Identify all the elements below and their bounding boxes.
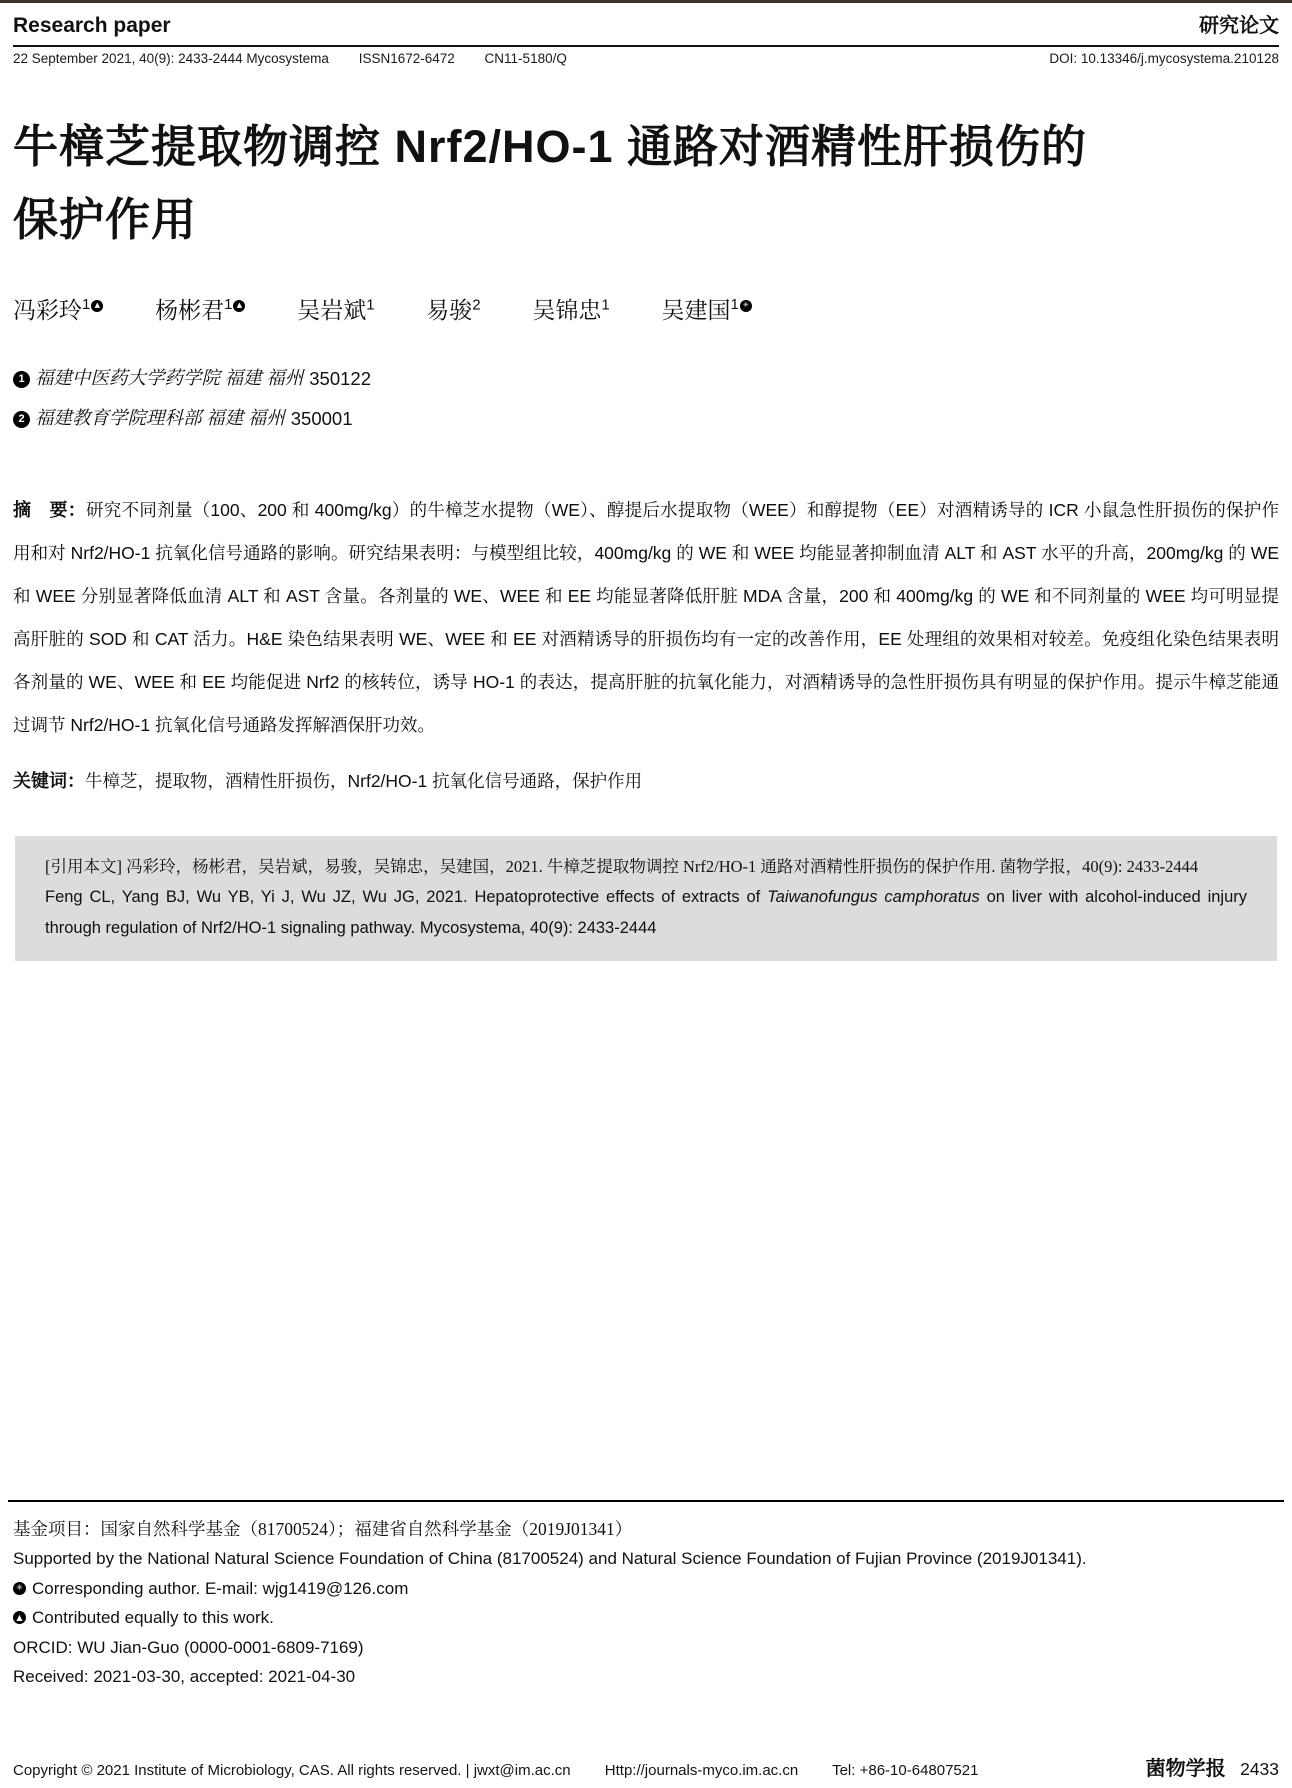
- header-divider: [13, 45, 1279, 47]
- affiliation-1-number-icon: 1: [13, 371, 30, 388]
- issn: ISSN1672-6472: [359, 51, 455, 66]
- keywords-text: 牛樟芝，提取物，酒精性肝损伤，Nrf2/HO-1 抗氧化信号通路，保护作用: [85, 771, 642, 791]
- affiliation-2-number-icon: 2: [13, 411, 30, 428]
- received-note: Received: 2021-03-30, accepted: 2021-04-…: [13, 1662, 1279, 1692]
- journal-tel: Tel: +86-10-64807521: [832, 1762, 978, 1779]
- equal-contribution-text: Contributed equally to this work.: [32, 1603, 274, 1633]
- page-top-border: [0, 0, 1292, 3]
- orcid-note: ORCID: WU Jian-Guo (0000-0001-6809-7169): [13, 1633, 1279, 1663]
- author-name: 吴锦忠: [532, 298, 601, 323]
- funding-en: Supported by the National Natural Scienc…: [13, 1544, 1279, 1574]
- author-6: 吴建国1✳: [661, 298, 751, 323]
- affiliation-1: 1 福建中医药大学药学院 福建 福州 350122: [13, 359, 1279, 399]
- paper-title: 牛樟芝提取物调控 Nrf2/HO-1 通路对酒精性肝损伤的保护作用: [13, 110, 1133, 256]
- issue-volume: 22 September 2021, 40(9): 2433-2444 Myco…: [13, 51, 329, 66]
- author-4: 易骏2: [426, 298, 480, 323]
- journal-url[interactable]: Http://journals-myco.im.ac.cn: [605, 1762, 798, 1779]
- citation-en-pre: Feng CL, Yang BJ, Wu YB, Yi J, Wu JZ, Wu…: [45, 888, 767, 906]
- affiliation-2-zip: 350001: [291, 399, 353, 439]
- affiliation-2: 2 福建教育学院理科部 福建 福州 350001: [13, 399, 1279, 439]
- author-3: 吴岩斌1: [297, 298, 374, 323]
- journal-header: Research paper 研究论文: [13, 9, 1279, 38]
- author-name: 冯彩玲: [13, 298, 82, 323]
- abstract-paragraph: 摘 要：研究不同剂量（100、200 和 400mg/kg）的牛樟芝水提物（WE…: [13, 489, 1279, 747]
- equal-contribution-note: ▲ Contributed equally to this work.: [13, 1603, 1279, 1633]
- footnote-divider: [8, 1500, 1284, 1502]
- author-affil-sup: 1: [224, 296, 232, 313]
- equal-contribution-icon: ▲: [233, 300, 245, 312]
- cn-number: CN11-5180/Q: [485, 51, 567, 66]
- page-number: 2433: [1240, 1759, 1279, 1779]
- affiliation-list: 1 福建中医药大学药学院 福建 福州 350122 2 福建教育学院理科部 福建…: [13, 359, 1279, 439]
- corresponding-author-text[interactable]: Corresponding author. E-mail: wjg1419@12…: [32, 1574, 408, 1604]
- citation-en: Feng CL, Yang BJ, Wu YB, Yi J, Wu JZ, Wu…: [45, 882, 1247, 944]
- corresponding-author-note: ✳ Corresponding author. E-mail: wjg1419@…: [13, 1574, 1279, 1604]
- equal-contribution-icon: ▲: [91, 300, 103, 312]
- corresponding-author-icon: ✳: [13, 1582, 26, 1595]
- citation-box: [引用本文] 冯彩玲，杨彬君，吴岩斌，易骏，吴锦忠，吴建国，2021. 牛樟芝提…: [15, 836, 1277, 961]
- funding-zh: 基金项目：国家自然科学基金（81700524）；福建省自然科学基金（2019J0…: [13, 1514, 1279, 1544]
- copyright-text: Copyright © 2021 Institute of Microbiolo…: [13, 1762, 571, 1779]
- author-name: 吴建国: [661, 298, 730, 323]
- author-affil-sup: 2: [472, 296, 480, 313]
- issue-meta-row: 22 September 2021, 40(9): 2433-2444 Myco…: [13, 51, 1279, 66]
- citation-species-name: Taiwanofungus camphoratus: [767, 888, 980, 906]
- footer-journal-page: 菌物学报 2433: [1146, 1752, 1279, 1781]
- author-name: 易骏: [426, 298, 472, 323]
- keywords-label: 关键词：: [13, 771, 85, 791]
- page-footer: Copyright © 2021 Institute of Microbiolo…: [0, 1752, 1292, 1781]
- author-name: 吴岩斌: [297, 298, 366, 323]
- author-name: 杨彬君: [155, 298, 224, 323]
- author-1: 冯彩玲1▲: [13, 298, 103, 323]
- abstract-text: 研究不同剂量（100、200 和 400mg/kg）的牛樟芝水提物（WE）、醇提…: [13, 500, 1279, 735]
- equal-contribution-icon: ▲: [13, 1611, 26, 1624]
- author-2: 杨彬君1▲: [155, 298, 245, 323]
- paper-page: Research paper 研究论文 22 September 2021, 4…: [0, 0, 1292, 1788]
- affiliation-1-text: 福建中医药大学药学院 福建 福州: [35, 359, 303, 399]
- corresponding-author-icon: ✳: [740, 300, 752, 312]
- author-affil-sup: 1: [601, 296, 609, 313]
- author-affil-sup: 1: [730, 296, 738, 313]
- author-5: 吴锦忠1: [532, 298, 609, 323]
- keywords-paragraph: 关键词：牛樟芝，提取物，酒精性肝损伤，Nrf2/HO-1 抗氧化信号通路，保护作…: [13, 760, 1279, 803]
- footnote-section: 基金项目：国家自然科学基金（81700524）；福建省自然科学基金（2019J0…: [0, 1500, 1292, 1692]
- author-affil-sup: 1: [82, 296, 90, 313]
- affiliation-1-zip: 350122: [309, 359, 371, 399]
- affiliation-2-text: 福建教育学院理科部 福建 福州: [35, 399, 285, 439]
- author-affil-sup: 1: [366, 296, 374, 313]
- citation-zh: [引用本文] 冯彩玲，杨彬君，吴岩斌，易骏，吴锦忠，吴建国，2021. 牛樟芝提…: [45, 851, 1247, 882]
- article-type-en: Research paper: [13, 14, 171, 38]
- issue-meta: 22 September 2021, 40(9): 2433-2444 Myco…: [13, 51, 567, 66]
- article-type-zh: 研究论文: [1199, 9, 1279, 38]
- author-list: 冯彩玲1▲ 杨彬君1▲ 吴岩斌1 易骏2 吴锦忠1 吴建国1✳: [13, 292, 1279, 325]
- doi[interactable]: DOI: 10.13346/j.mycosystema.210128: [1049, 51, 1279, 66]
- footer-copyright-row: Copyright © 2021 Institute of Microbiolo…: [13, 1762, 978, 1779]
- journal-name-zh: 菌物学报: [1146, 1758, 1226, 1780]
- abstract-label: 摘 要：: [13, 500, 86, 520]
